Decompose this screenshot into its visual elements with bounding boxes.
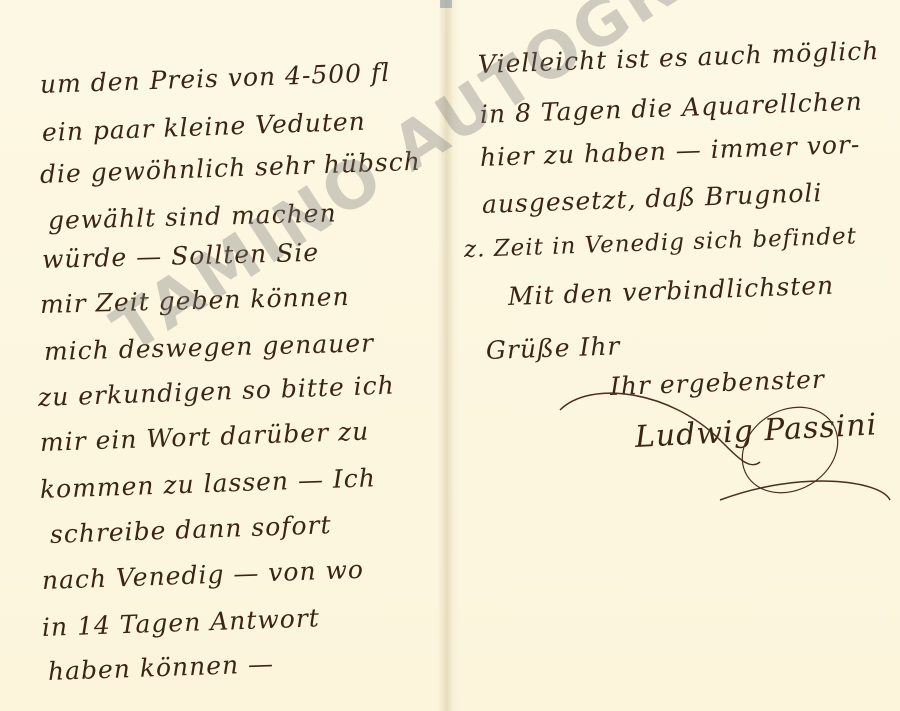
handwritten-line: haben können — [47,649,274,686]
handwritten-line: zu erkundigen so bitte ich [37,371,395,412]
handwritten-line: kommen zu lassen — Ich [39,463,376,504]
signature-flourish [550,380,900,510]
handwritten-line: mich deswegen genauer [44,328,375,366]
handwritten-line: mir ein Wort darüber zu [39,417,369,457]
handwritten-line: Grüße Ihr [485,331,620,365]
letter-left-page: um den Preis von 4-500 fl ein paar klein… [0,0,450,711]
handwritten-line: hier zu haben — immer vor- [479,130,860,172]
handwritten-line: um den Preis von 4-500 fl [39,58,390,99]
handwritten-line: z. Zeit in Venedig sich befindet [464,223,858,263]
handwritten-line: ein paar kleine Veduten [41,107,366,147]
handwritten-line: ausgesetzt, daß Brugnoli [481,178,822,219]
handwritten-line: schreibe dann sofort [49,510,332,549]
handwritten-line: nach Venedig — von wo [41,555,364,595]
handwritten-line: in 14 Tagen Antwort [41,603,320,642]
paper-corner [440,0,452,8]
handwritten-line: Mit den verbindlichsten [507,271,834,311]
